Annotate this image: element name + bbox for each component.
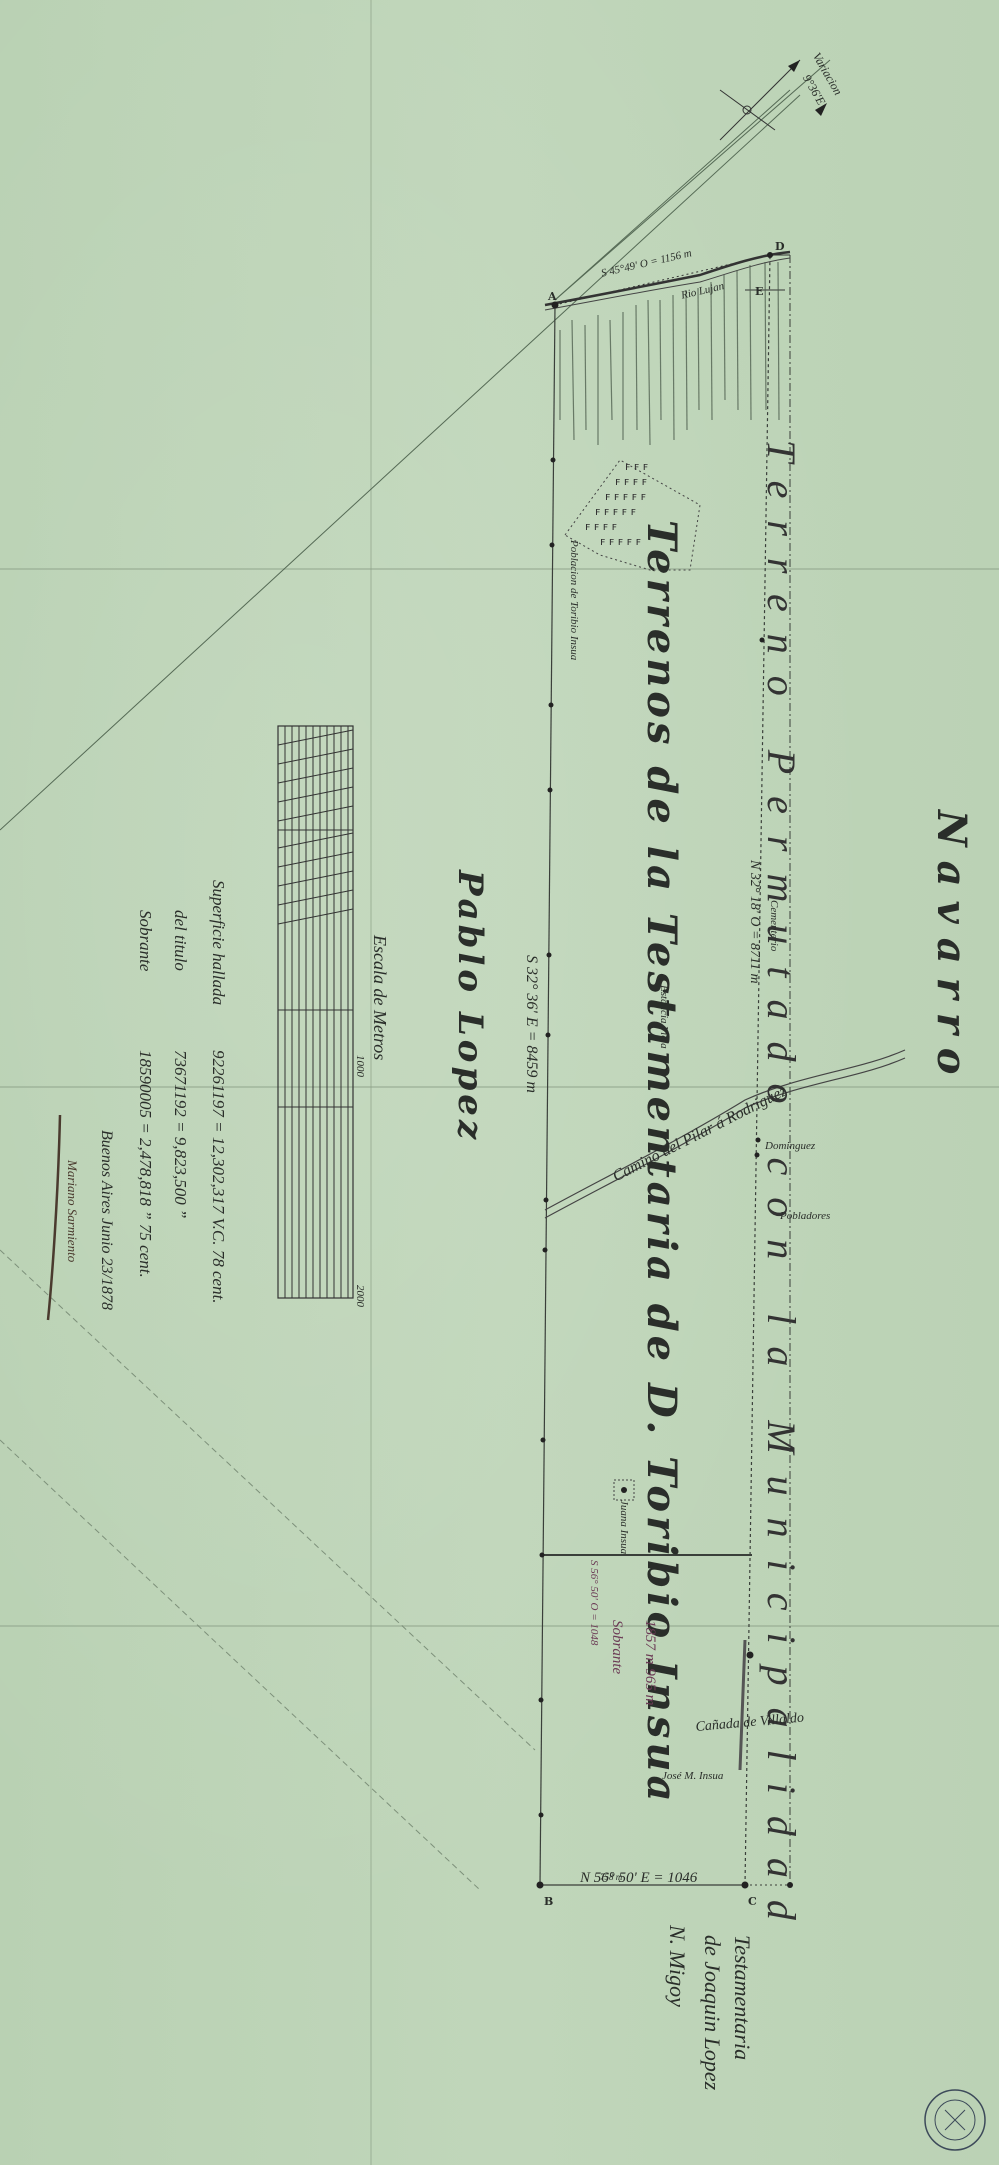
place-poblacion: Poblacion de Toribio Insua [568,540,580,660]
corner-e: E [755,285,763,298]
scale-label-2000: 2000 [354,1285,366,1307]
left-neighbor-title: Pablo Lopez [450,870,490,1143]
place-juana: Juana Insua [618,1500,630,1554]
neighbor-testamentaria: Testamentaria [729,1935,755,2060]
area-row-value: 92261197 = 12,302,317 V.C. 78 cent. [208,1050,228,1304]
neighbor-migoy: N. Migoy [664,1925,690,2007]
place-pobladores: Pobladores [780,1210,830,1222]
place-cementerio: Cementerio [768,900,780,951]
neighbor-joaquin: de Joaquin Lopez [699,1935,725,2090]
right-side-bearing: N 32° 18' O = 8711 m [746,860,762,984]
scale-title: Escala de Metros [369,935,390,1060]
corner-c: C [748,1895,757,1908]
place-estancia: Estancia Vieja [658,985,670,1049]
svg-text:ꜰ ꜰ ꜰ: ꜰ ꜰ ꜰ [625,460,648,473]
svg-text:ꜰ ꜰ ꜰ ꜰ ꜰ: ꜰ ꜰ ꜰ ꜰ ꜰ [605,490,646,503]
marsh-area [560,262,779,445]
bottom-bearing: N 56° 50' E = 1046 [580,1870,697,1887]
stamp-icon [925,2090,985,2150]
region-title: Navarro [928,810,975,1088]
svg-text:ꜰ ꜰ ꜰ ꜰ ꜰ: ꜰ ꜰ ꜰ ꜰ ꜰ [600,535,641,548]
place-date: Buenos Aires Junio 23/1878 [97,1130,115,1310]
svg-text:ꜰ ꜰ ꜰ ꜰ ꜰ: ꜰ ꜰ ꜰ ꜰ ꜰ [595,505,636,518]
scale-bar [278,726,353,1298]
svg-text:ꜰ ꜰ ꜰ ꜰ: ꜰ ꜰ ꜰ ꜰ [585,520,617,533]
area-row-label: del titulo [170,910,190,971]
cross-line-bearing: S 56° 50' O = 1048 [588,1560,600,1645]
corner-d: D [775,240,785,253]
sobrante-label: Sobrante [608,1620,625,1674]
sobrante-value: 1857 m 965 m [641,1620,658,1705]
corner-b: B [544,1895,553,1908]
svg-text:ꜰ ꜰ ꜰ ꜰ: ꜰ ꜰ ꜰ ꜰ [615,475,647,488]
signature-text: Mariano Sarmiento [64,1160,80,1262]
place-jose: José M. Insua [662,1770,723,1782]
left-side-bearing: S 32° 36' E = 8459 m [522,955,540,1093]
area-row-label: Superficie hallada [208,880,228,1005]
area-row-label: Sobrante [135,910,155,971]
corner-a: A [548,290,557,303]
area-row-value: 73671192 = 9,823,500 ” [170,1050,190,1218]
bottom-inner-distance: 758 m [600,1872,622,1882]
place-dominguez: Dominguez [765,1140,815,1152]
area-row-value: 18590005 = 2,478,818 ” 75 cent. [135,1050,155,1278]
scale-label-1000: 1000 [354,1055,366,1077]
signature [48,1115,60,1320]
